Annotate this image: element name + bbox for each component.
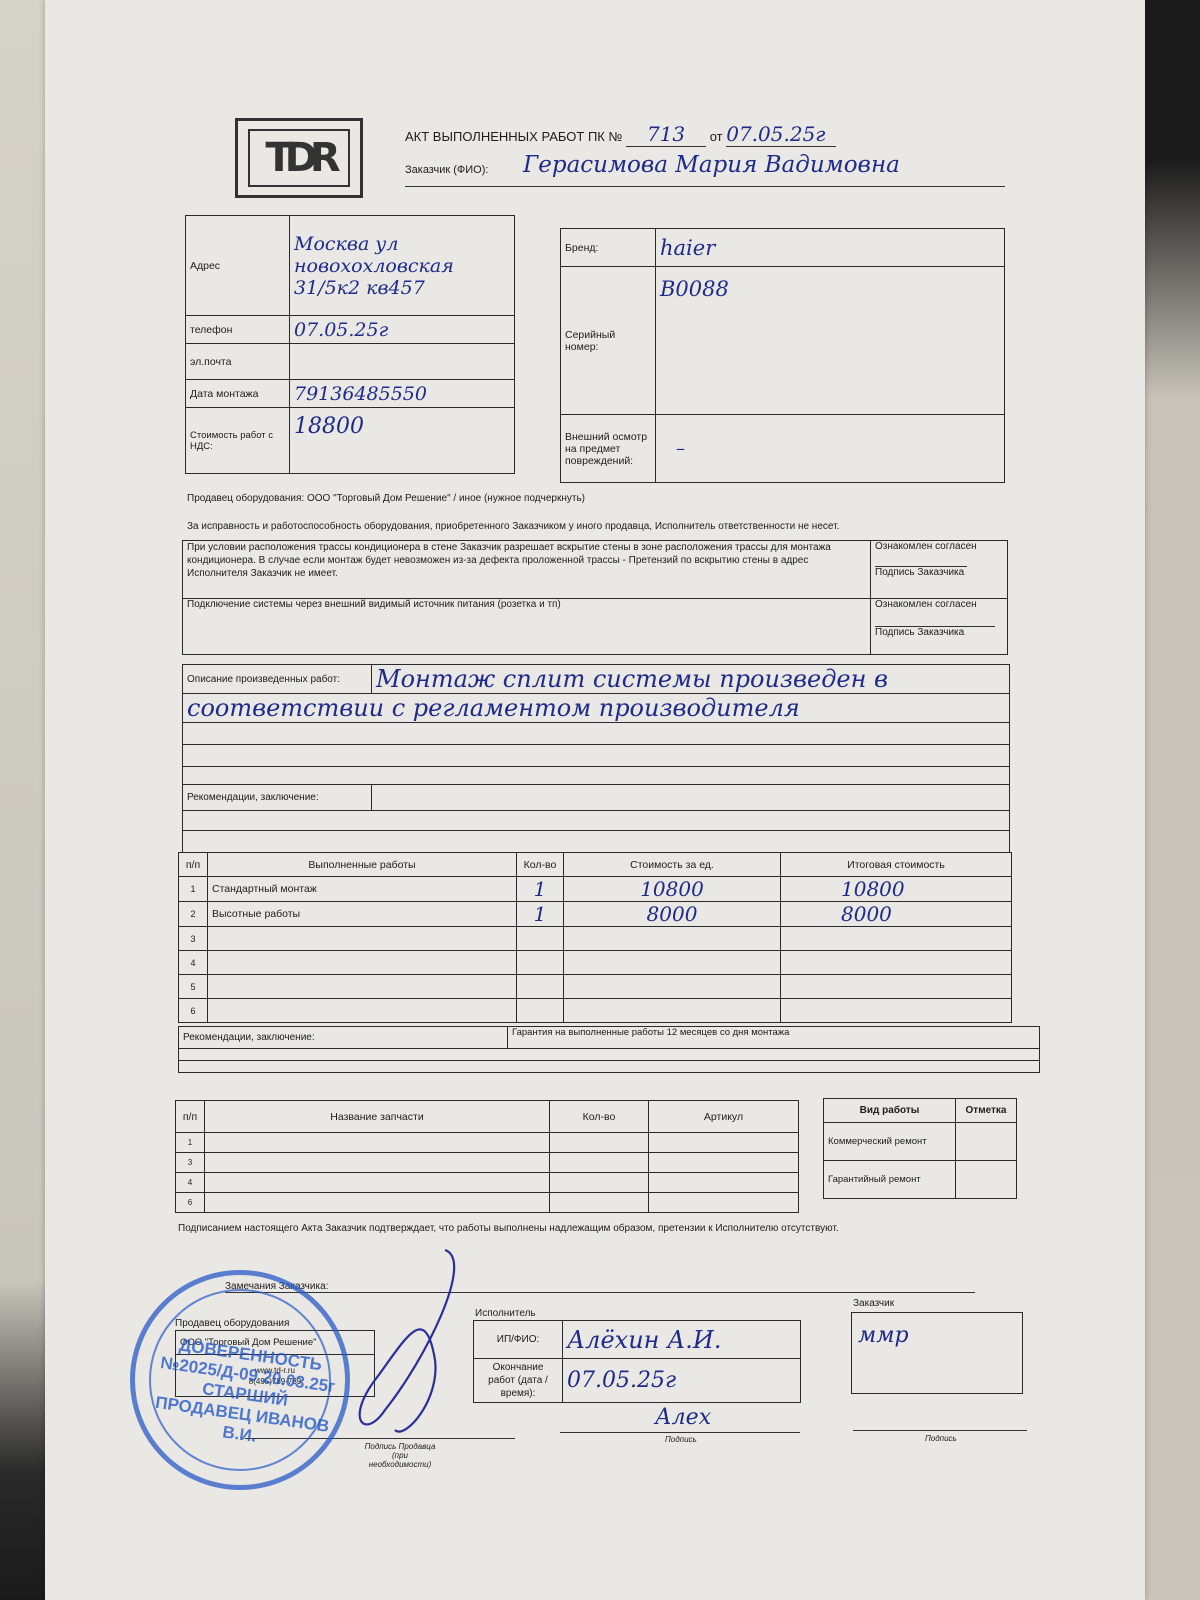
customer-row: Заказчик (ФИО): Герасимова Мария Вадимов… xyxy=(405,150,1005,187)
work-unit-price xyxy=(564,975,781,999)
seller-signature-scribble xyxy=(325,1240,465,1450)
warranty-repair-label: Гарантийный ремонт xyxy=(824,1161,956,1199)
work-qty xyxy=(517,927,564,951)
parts-header-qty: Кол-во xyxy=(550,1101,649,1133)
work-qty xyxy=(517,999,564,1023)
work-total xyxy=(781,951,1012,975)
parts-header-name: Название запчасти xyxy=(205,1101,550,1133)
work-qty: 1 xyxy=(517,902,564,927)
power-source-consent: Подключение системы через внешний видимы… xyxy=(183,599,871,655)
works-header-num: п/п xyxy=(179,853,208,877)
background-left xyxy=(0,0,50,1600)
part-article xyxy=(649,1173,799,1193)
end-date-value: 07.05.25г xyxy=(563,1359,801,1403)
phone-label: телефон xyxy=(186,316,290,344)
executor-table: ИП/ФИО: Алёхин А.И. Окончание работ (дат… xyxy=(473,1320,801,1403)
work-total xyxy=(781,999,1012,1023)
work-name xyxy=(208,975,517,999)
part-article xyxy=(649,1133,799,1153)
executor-sign-line[interactable] xyxy=(560,1432,800,1433)
part-row-num: 1 xyxy=(176,1133,205,1153)
end-date-label: Окончание работ (дата / время): xyxy=(474,1359,563,1403)
part-row-num: 4 xyxy=(176,1173,205,1193)
part-qty xyxy=(550,1193,649,1213)
recommendations-label: Рекомендации, заключение: xyxy=(183,785,372,811)
commercial-repair-label: Коммерческий ремонт xyxy=(824,1123,956,1161)
work-total: 8000 xyxy=(781,902,1012,927)
row-num: 2 xyxy=(179,902,208,927)
customer-signature: ммр xyxy=(858,1323,909,1348)
install-date-label: Дата монтажа xyxy=(186,380,290,408)
from-label: от xyxy=(710,129,723,144)
row-num: 1 xyxy=(179,877,208,902)
customer-sign-box[interactable]: ммр xyxy=(851,1312,1023,1394)
address-value: Москва ул новохохловская 31/5к2 кв457 xyxy=(290,216,515,316)
executor-signature: Алех xyxy=(655,1405,711,1430)
warranty-text: Гарантия на выполненные работы 12 месяце… xyxy=(508,1027,1040,1049)
serial-label: Серийный номер: xyxy=(561,267,656,415)
parts-row: 6 xyxy=(176,1193,799,1213)
act-date: 07.05.25г xyxy=(726,122,836,147)
part-name xyxy=(205,1133,550,1153)
works-row: 6 xyxy=(179,999,1012,1023)
consent-2-agree: Ознакомлен согласен xyxy=(875,599,1003,610)
seller-line: Продавец оборудования: ООО "Торговый Дом… xyxy=(187,492,585,506)
work-unit-price xyxy=(564,927,781,951)
description-table: Описание произведенных работ: Монтаж спл… xyxy=(182,664,1010,853)
description-line-2: соответствии с регламентом производителя xyxy=(183,694,1010,723)
company-stamp: ДОВЕРЕННОСТЬ №2025/Д-09 20.03.25г СТАРШИ… xyxy=(130,1270,350,1490)
work-type-header: Вид работы xyxy=(824,1099,956,1123)
work-unit-price xyxy=(564,999,781,1023)
part-article xyxy=(649,1193,799,1213)
consent-2-sign-label: Подпись Заказчика xyxy=(875,627,1003,638)
row-num: 5 xyxy=(179,975,208,999)
work-unit-price xyxy=(564,951,781,975)
executor-sign-label: Подпись xyxy=(665,1435,697,1444)
part-name xyxy=(205,1193,550,1213)
act-title: АКТ ВЫПОЛНЕННЫХ РАБОТ ПК № xyxy=(405,129,622,144)
work-name xyxy=(208,951,517,975)
brand-label: Бренд: xyxy=(561,229,656,267)
work-total xyxy=(781,927,1012,951)
parts-row: 1 xyxy=(176,1133,799,1153)
mark-header: Отметка xyxy=(956,1099,1017,1123)
consent-2-sign-cell[interactable]: Ознакомлен согласен Подпись Заказчика xyxy=(871,599,1008,655)
work-name xyxy=(208,927,517,951)
row-num: 6 xyxy=(179,999,208,1023)
part-name xyxy=(205,1173,550,1193)
consent-1-agree: Ознакомлен согласен xyxy=(875,541,1003,552)
parts-table: п/п Название запчасти Кол-во Артикул 134… xyxy=(175,1100,799,1213)
equipment-table: Бренд: haier Серийный номер: B0088 Внешн… xyxy=(560,228,1005,483)
warranty-repair-mark[interactable] xyxy=(956,1161,1017,1199)
work-qty: 1 xyxy=(517,877,564,902)
email-label: эл.почта xyxy=(186,344,290,380)
part-article xyxy=(649,1153,799,1173)
part-row-num: 6 xyxy=(176,1193,205,1213)
liability-note: За исправность и работоспособность обору… xyxy=(187,520,839,534)
customer-sign-line[interactable] xyxy=(853,1430,1027,1431)
executor-fio-label: ИП/ФИО: xyxy=(474,1321,563,1359)
works-row: 5 xyxy=(179,975,1012,999)
works-row: 2Высотные работы180008000 xyxy=(179,902,1012,927)
work-total xyxy=(781,975,1012,999)
warranty-table: Рекомендации, заключение: Гарантия на вы… xyxy=(178,1026,1040,1073)
work-name: Стандартный монтаж xyxy=(208,877,517,902)
works-recommend-label: Рекомендации, заключение: xyxy=(179,1027,508,1049)
customer-sign-block-label: Заказчик xyxy=(853,1298,894,1309)
consent-table: При условии расположения трассы кондицио… xyxy=(182,540,1008,655)
customer-label: Заказчик (ФИО): xyxy=(405,164,488,176)
works-table: п/п Выполненные работы Кол-во Стоимость … xyxy=(178,852,1012,1023)
act-number: 713 xyxy=(626,122,706,147)
document-page: TDR АКТ ВЫПОЛНЕННЫХ РАБОТ ПК № 713 от 07… xyxy=(45,0,1145,1600)
parts-row: 3 xyxy=(176,1153,799,1173)
address-label: Адрес xyxy=(186,216,290,316)
row-num: 3 xyxy=(179,927,208,951)
install-date-value: 79136485550 xyxy=(290,380,515,408)
brand-value: haier xyxy=(656,229,1005,267)
description-line-1: Монтаж сплит системы произведен в xyxy=(372,665,1010,694)
cost-label: Стоимость работ с НДС: xyxy=(186,408,290,474)
customer-sign-label: Подпись xyxy=(925,1434,957,1443)
parts-row: 4 xyxy=(176,1173,799,1193)
wall-opening-consent: При условии расположения трассы кондицио… xyxy=(183,541,871,599)
consent-1-sign-label: Подпись Заказчика xyxy=(875,567,1003,578)
work-unit-price: 8000 xyxy=(564,902,781,927)
commercial-repair-mark[interactable] xyxy=(956,1123,1017,1161)
cost-value: 18800 xyxy=(290,408,515,474)
work-name: Высотные работы xyxy=(208,902,517,927)
work-type-table: Вид работы Отметка Коммерческий ремонт Г… xyxy=(823,1098,1017,1199)
consent-1-sign-cell[interactable]: Ознакомлен согласен Подпись Заказчика xyxy=(871,541,1008,599)
works-header-qty: Кол-во xyxy=(517,853,564,877)
part-name xyxy=(205,1153,550,1173)
description-label: Описание произведенных работ: xyxy=(183,665,372,694)
parts-header-num: п/п xyxy=(176,1101,205,1133)
works-header-name: Выполненные работы xyxy=(208,853,517,877)
seller-sign-note: (при необходимости) xyxy=(360,1451,440,1469)
row-num: 4 xyxy=(179,951,208,975)
phone-value: 07.05.25г xyxy=(290,316,515,344)
inspection-value: – xyxy=(656,415,1005,483)
confirmation-text: Подписанием настоящего Акта Заказчик под… xyxy=(178,1222,839,1236)
works-row: 4 xyxy=(179,951,1012,975)
works-row: 1Стандартный монтаж11080010800 xyxy=(179,877,1012,902)
customer-name: Герасимова Мария Вадимовна xyxy=(523,152,900,178)
work-name xyxy=(208,999,517,1023)
works-header-total: Итоговая стоимость xyxy=(781,853,1012,877)
part-row-num: 3 xyxy=(176,1153,205,1173)
logo-text: TDR xyxy=(265,135,332,181)
work-qty xyxy=(517,951,564,975)
part-qty xyxy=(550,1153,649,1173)
parts-header-article: Артикул xyxy=(649,1101,799,1133)
email-value xyxy=(290,344,515,380)
executor-label: Исполнитель xyxy=(475,1308,536,1319)
executor-fio-value: Алёхин А.И. xyxy=(563,1321,801,1359)
inspection-label: Внешний осмотр на предмет повреждений: xyxy=(561,415,656,483)
serial-value: B0088 xyxy=(656,267,1005,415)
works-header-unit-price: Стоимость за ед. xyxy=(564,853,781,877)
work-qty xyxy=(517,975,564,999)
part-qty xyxy=(550,1133,649,1153)
client-info-table: Адрес Москва ул новохохловская 31/5к2 кв… xyxy=(185,215,515,474)
works-row: 3 xyxy=(179,927,1012,951)
act-title-row: АКТ ВЫПОЛНЕННЫХ РАБОТ ПК № 713 от 07.05.… xyxy=(405,122,836,147)
part-qty xyxy=(550,1173,649,1193)
company-logo: TDR xyxy=(235,118,363,198)
work-unit-price: 10800 xyxy=(564,877,781,902)
work-total: 10800 xyxy=(781,877,1012,902)
